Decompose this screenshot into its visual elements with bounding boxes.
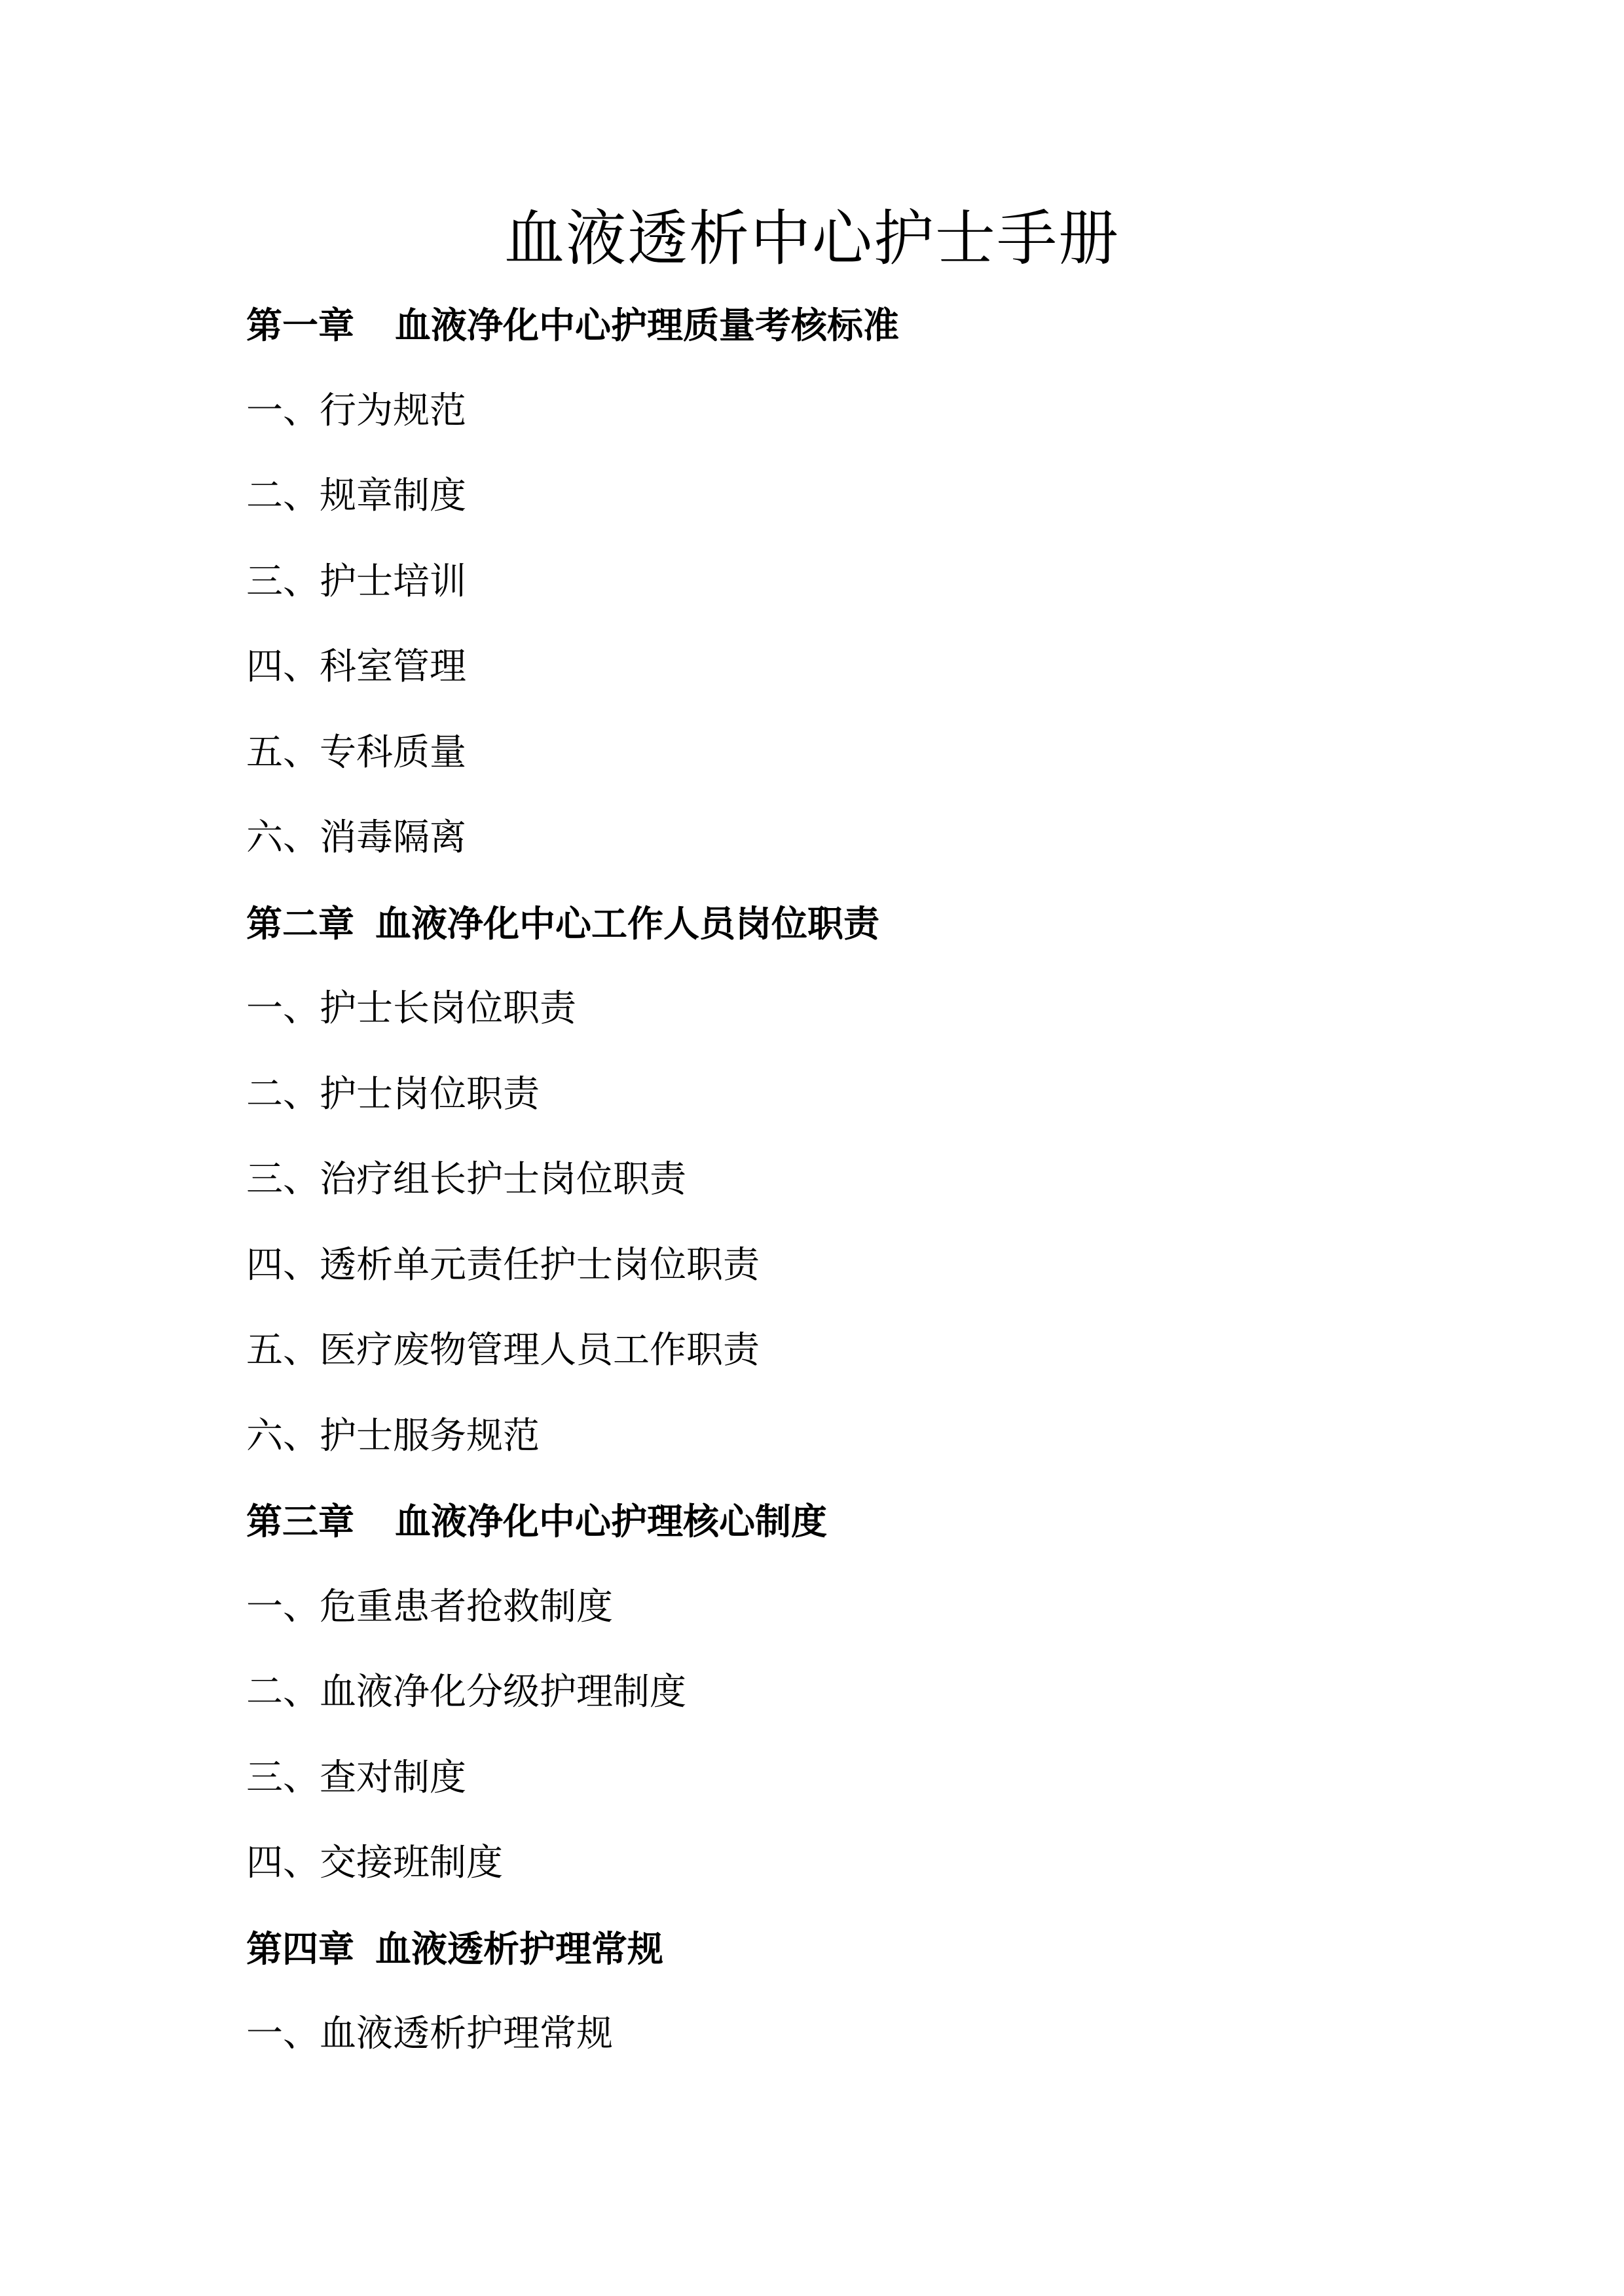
item-number: 二、 — [246, 1650, 320, 1735]
toc-item: 三、治疗组长护士岗位职责 — [246, 1137, 1425, 1223]
toc-item: 四、科室管理 — [246, 625, 1425, 710]
item-number: 五、 — [246, 1308, 320, 1393]
item-text: 护士长岗位职责 — [320, 987, 576, 1030]
item-number: 三、 — [246, 1736, 320, 1821]
item-text: 科室管理 — [320, 646, 466, 688]
item-number: 二、 — [246, 1052, 320, 1137]
item-text: 专科质量 — [320, 731, 466, 774]
document-title: 血液透析中心护士手册 — [0, 196, 1624, 282]
item-text: 透析单元责任护士岗位职责 — [320, 1244, 760, 1286]
chapter-heading-4: 第四章血液透析护理常规 — [246, 1906, 1425, 1992]
toc-item: 四、透析单元责任护士岗位职责 — [246, 1223, 1425, 1309]
item-text: 规章制度 — [320, 475, 466, 517]
table-of-contents: 第一章血液净化中心护理质量考核标准 一、行为规范 二、规章制度 三、护士培训 四… — [246, 283, 1425, 2077]
toc-item: 六、消毒隔离 — [246, 795, 1425, 881]
item-text: 医疗废物管理人员工作职责 — [320, 1329, 760, 1372]
item-number: 六、 — [246, 1394, 320, 1479]
item-text: 查对制度 — [320, 1757, 466, 1799]
toc-item: 三、查对制度 — [246, 1736, 1425, 1821]
item-number: 一、 — [246, 1992, 320, 2077]
toc-item: 一、血液透析护理常规 — [246, 1992, 1425, 2077]
item-number: 二、 — [246, 454, 320, 539]
item-text: 治疗组长护士岗位职责 — [320, 1158, 686, 1201]
chapter-number: 第一章 — [246, 283, 354, 368]
chapter-title: 血液净化中心工作人员岗位职责 — [375, 903, 879, 945]
chapter-heading-2: 第二章血液净化中心工作人员岗位职责 — [246, 881, 1425, 967]
item-text: 护士岗位职责 — [320, 1073, 540, 1116]
toc-item: 一、护士长岗位职责 — [246, 966, 1425, 1052]
item-text: 血液净化分级护理制度 — [320, 1671, 686, 1713]
item-number: 五、 — [246, 710, 320, 795]
toc-item: 五、专科质量 — [246, 710, 1425, 796]
toc-item: 二、护士岗位职责 — [246, 1052, 1425, 1138]
item-text: 护士培训 — [320, 560, 466, 603]
toc-item: 五、医疗废物管理人员工作职责 — [246, 1308, 1425, 1394]
item-number: 四、 — [246, 625, 320, 710]
chapter-heading-1: 第一章血液净化中心护理质量考核标准 — [246, 283, 1425, 369]
chapter-number: 第三章 — [246, 1479, 354, 1564]
toc-item: 三、护士培训 — [246, 539, 1425, 625]
chapter-number: 第四章 — [246, 1906, 354, 1992]
chapter-title: 血液净化中心护理质量考核标准 — [395, 304, 899, 346]
item-text: 消毒隔离 — [320, 816, 466, 859]
chapter-number: 第二章 — [246, 881, 354, 966]
item-number: 三、 — [246, 539, 320, 625]
chapter-heading-3: 第三章血液净化中心护理核心制度 — [246, 1479, 1425, 1565]
item-number: 一、 — [246, 1565, 320, 1650]
toc-item: 二、血液净化分级护理制度 — [246, 1650, 1425, 1736]
document-page: 血液透析中心护士手册 第一章血液净化中心护理质量考核标准 一、行为规范 二、规章… — [0, 0, 1624, 2296]
item-number: 四、 — [246, 1821, 320, 1906]
toc-item: 一、危重患者抢救制度 — [246, 1565, 1425, 1650]
item-number: 四、 — [246, 1223, 320, 1308]
toc-item: 六、护士服务规范 — [246, 1394, 1425, 1480]
item-text: 危重患者抢救制度 — [320, 1586, 613, 1628]
toc-item: 二、规章制度 — [246, 454, 1425, 539]
item-text: 护士服务规范 — [320, 1415, 540, 1457]
item-number: 六、 — [246, 795, 320, 881]
item-text: 行为规范 — [320, 390, 466, 432]
chapter-title: 血液透析护理常规 — [375, 1928, 663, 1970]
item-number: 一、 — [246, 369, 320, 454]
item-number: 三、 — [246, 1137, 320, 1222]
item-text: 血液透析护理常规 — [320, 2013, 613, 2055]
toc-item: 一、行为规范 — [246, 369, 1425, 454]
chapter-title: 血液净化中心护理核心制度 — [395, 1501, 827, 1542]
item-text: 交接班制度 — [320, 1842, 503, 1884]
toc-item: 四、交接班制度 — [246, 1821, 1425, 1906]
item-number: 一、 — [246, 966, 320, 1051]
